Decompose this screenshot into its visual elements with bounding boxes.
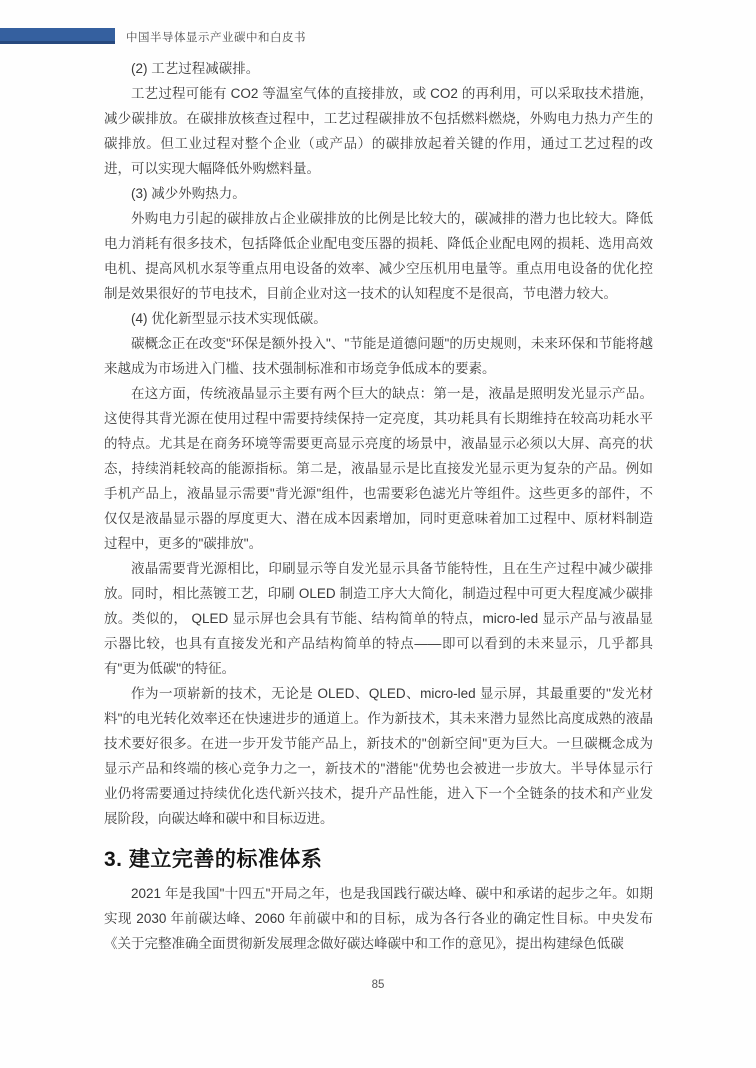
document-page: 中国半导体显示产业碳中和白皮书 (2) 工艺过程减碳排。工艺过程可能有 CO2 … <box>0 0 756 1068</box>
page-footer: 85 <box>0 975 756 993</box>
paragraph: 液晶需要背光源相比，印刷显示等自发光显示具备节能特性，且在生产过程中减少碳排放。… <box>104 556 653 681</box>
paragraph: 2021 年是我国"十四五"开局之年，也是我国践行碳达峰、碳中和承诺的起步之年。… <box>104 881 653 956</box>
list-subheading: (3) 减少外购热力。 <box>104 181 653 206</box>
page-number: 85 <box>372 979 385 991</box>
paragraph: 工艺过程可能有 CO2 等温室气体的直接排放，或 CO2 的再利用，可以采取技术… <box>104 81 653 181</box>
header-title: 中国半导体显示产业碳中和白皮书 <box>126 29 306 45</box>
section-heading: 3. 建立完善的标准体系 <box>104 846 653 874</box>
header-accent-bar <box>0 28 115 44</box>
list-subheading: (2) 工艺过程减碳排。 <box>104 56 653 81</box>
paragraph: 外购电力引起的碳排放占企业碳排放的比例是比较大的，碳减排的潜力也比较大。降低电力… <box>104 206 653 306</box>
list-subheading: (4) 优化新型显示技术实现低碳。 <box>104 306 653 331</box>
document-body: (2) 工艺过程减碳排。工艺过程可能有 CO2 等温室气体的直接排放，或 CO2… <box>104 56 653 956</box>
paragraph: 作为一项崭新的技术，无论是 OLED、QLED、micro-led 显示屏，其最… <box>104 681 653 831</box>
paragraph: 碳概念正在改变"环保是额外投入"、"节能是道德问题"的历史规则，未来环保和节能将… <box>104 331 653 381</box>
paragraph: 在这方面，传统液晶显示主要有两个巨大的缺点：第一是，液晶是照明发光显示产品。这使… <box>104 381 653 556</box>
